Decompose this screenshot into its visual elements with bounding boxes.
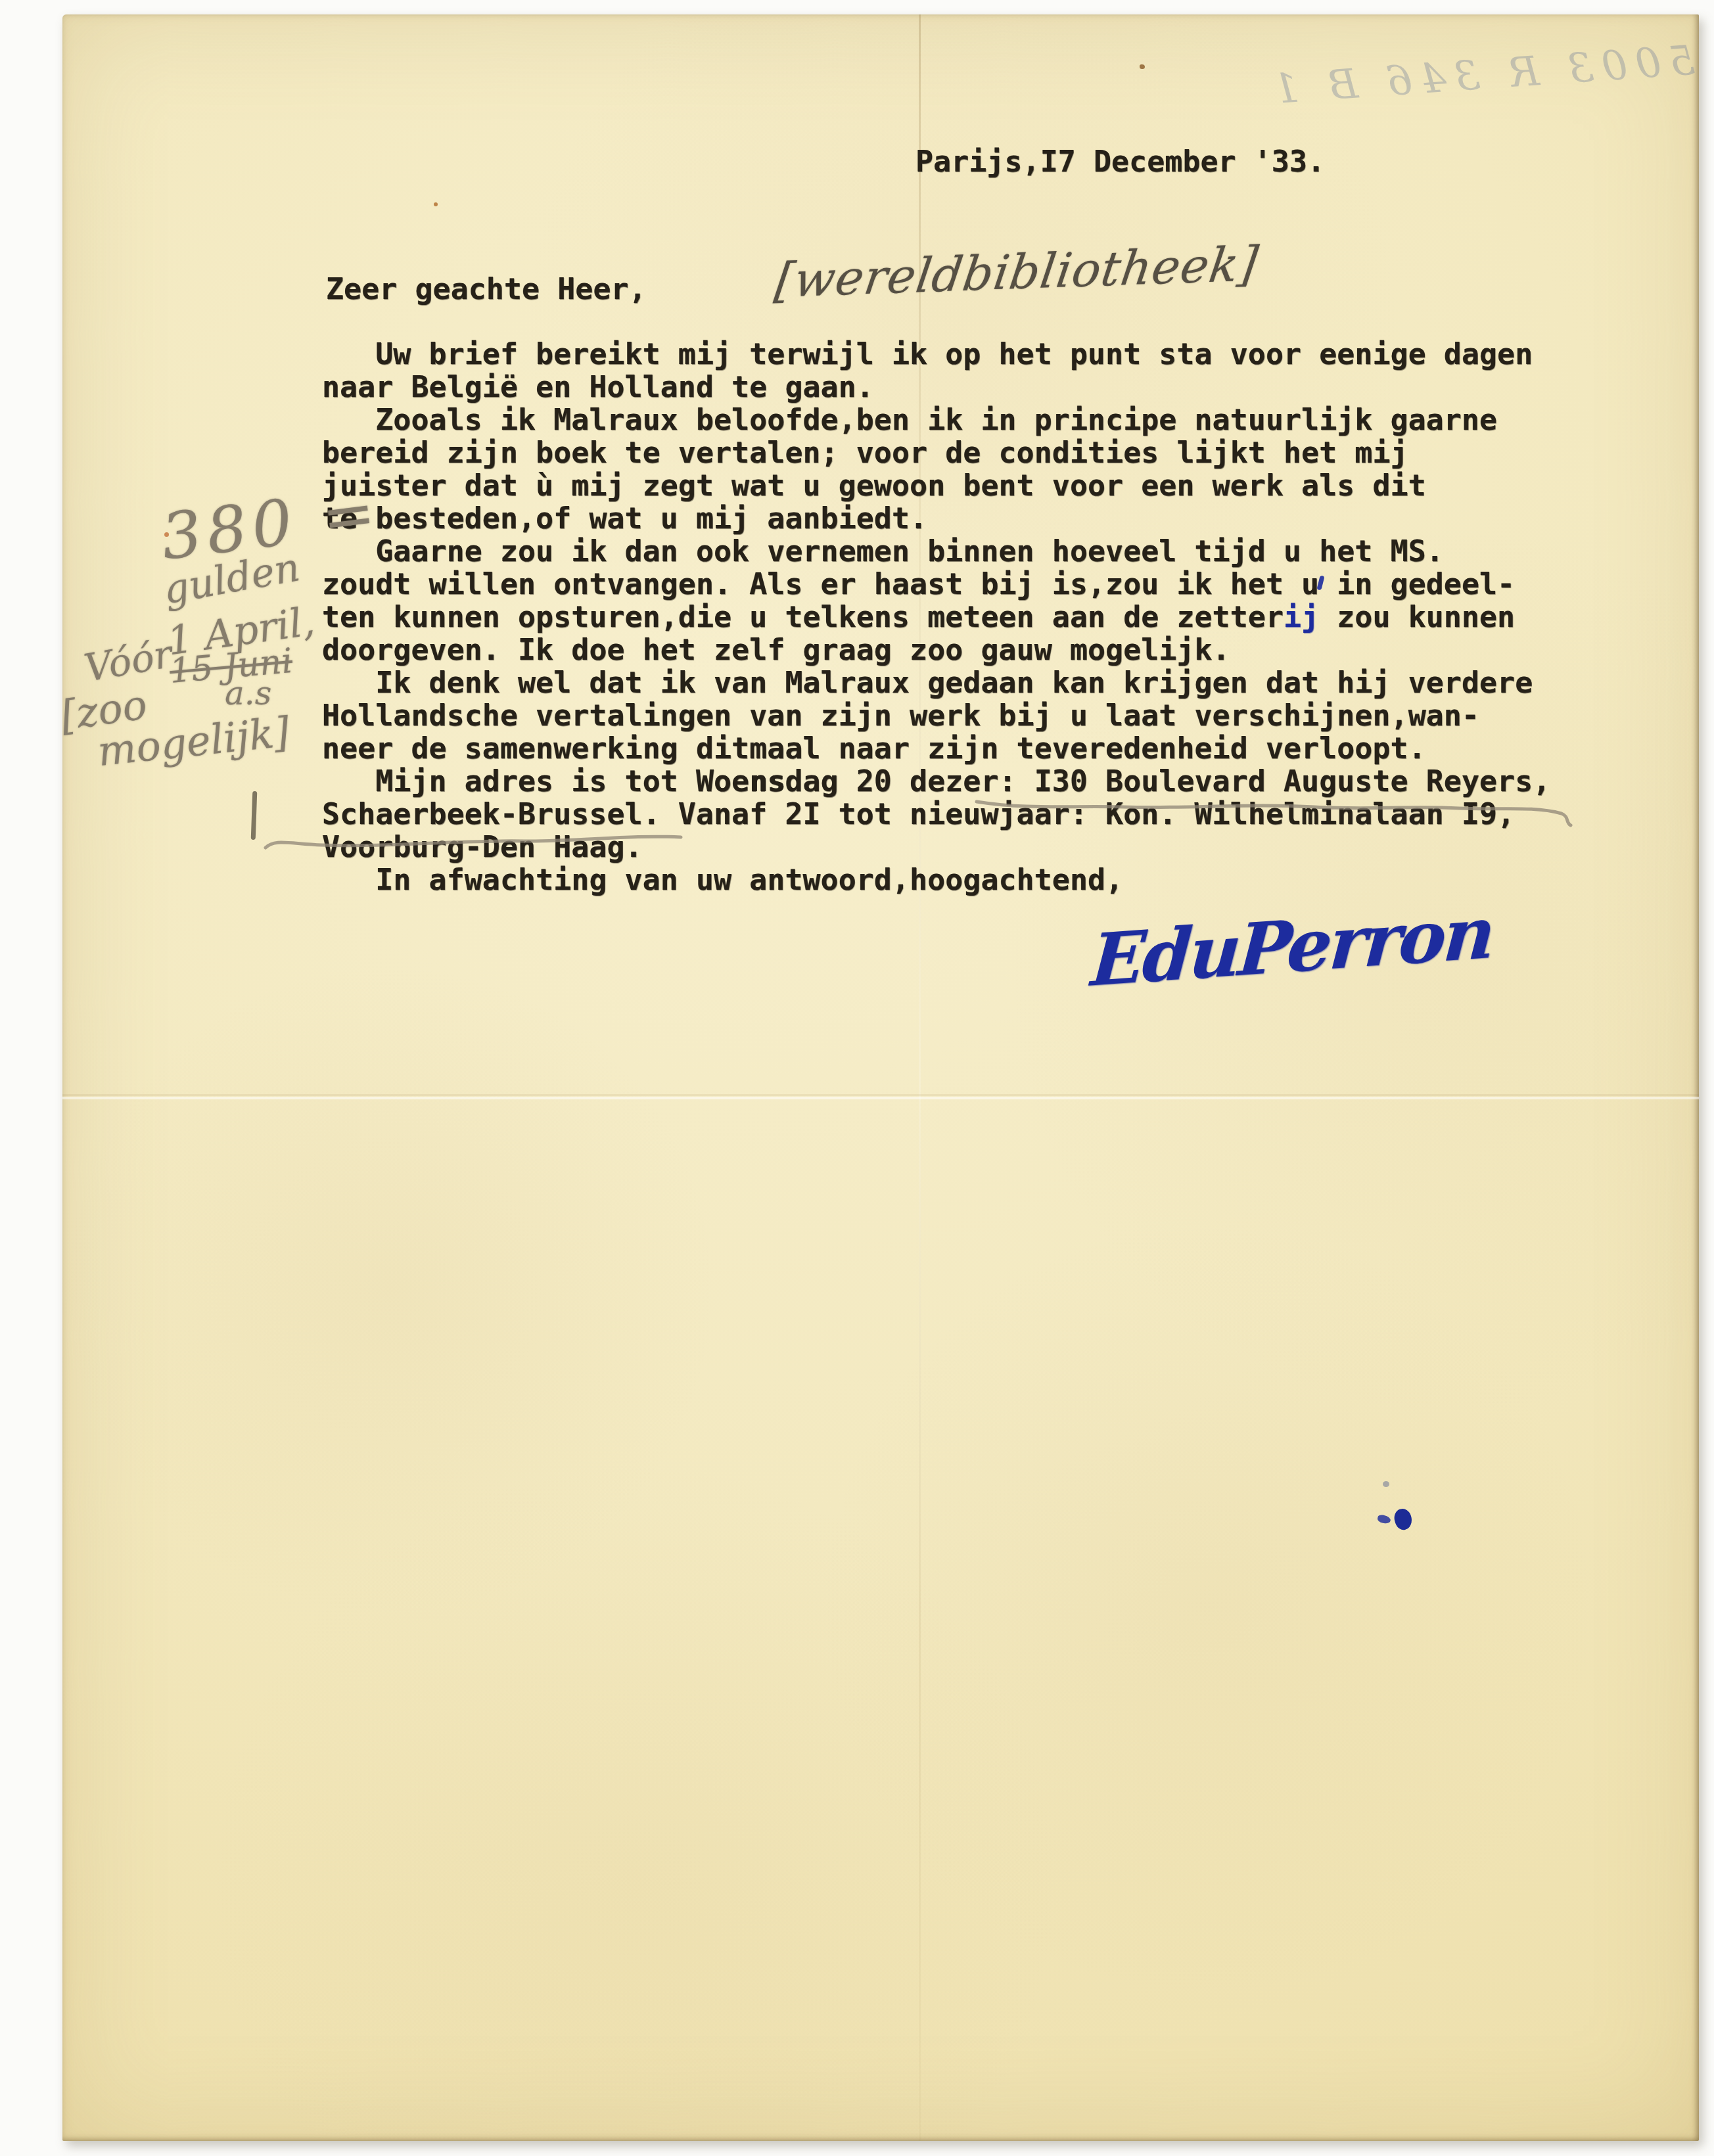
letter-page (62, 14, 1699, 2141)
ink-blot-speck (1383, 1481, 1389, 1487)
letter-line: neer de samenwerking ditmaal naar zijn t… (322, 732, 1550, 765)
fold-crease-horizontal-shadow (62, 1094, 1699, 1096)
paper-speck (164, 532, 169, 537)
letter-line: naar België en Holland te gaan. (322, 371, 1550, 403)
pencil-underline-address-brussels (973, 787, 1577, 833)
paper-speck (1140, 64, 1145, 69)
letter-line: Uw brief bereikt mij terwijl ik op het p… (322, 338, 1550, 371)
letter-line: In afwachting van uw antwoord,hoogachten… (322, 863, 1550, 896)
letter-line: ten kunnen opsturen,die u telkens meteen… (322, 601, 1550, 633)
letter-line: Gaarne zou ik dan ook vernemen binnen ho… (322, 535, 1550, 568)
margin-note-as: a.s (225, 674, 271, 712)
pencil-underline-schaerbeek (262, 821, 695, 861)
paper-speck (434, 202, 438, 206)
fold-crease-horizontal (62, 1097, 1699, 1099)
letter-line: Ik denk wel dat ik van Malraux gedaan ka… (322, 666, 1550, 699)
fold-crease-vertical (919, 14, 921, 2141)
letter-line: bereid zijn boek te vertalen; voor de co… (322, 436, 1550, 469)
letter-line: te besteden,of wat u mij aanbiedt. (322, 502, 1550, 535)
dateline: Parijs,I7 December '33. (915, 144, 1325, 179)
letter-line: Hollandsche vertalingen van zijn werk bi… (322, 699, 1550, 732)
letter-line: juister dat ù mij zegt wat u gewoon bent… (322, 469, 1550, 502)
letter-line: zoudt willen ontvangen. Als er haast bij… (322, 568, 1550, 601)
letter-line: doorgeven. Ik doe het zelf graag zoo gau… (322, 633, 1550, 666)
scan-background: 5003 R 346 B 1 Parijs,I7 December '33. Z… (0, 0, 1714, 2156)
salutation: Zeer geachte Heer, (326, 271, 647, 306)
letter-line: Zooals ik Malraux beloofde,ben ik in pri… (322, 403, 1550, 436)
